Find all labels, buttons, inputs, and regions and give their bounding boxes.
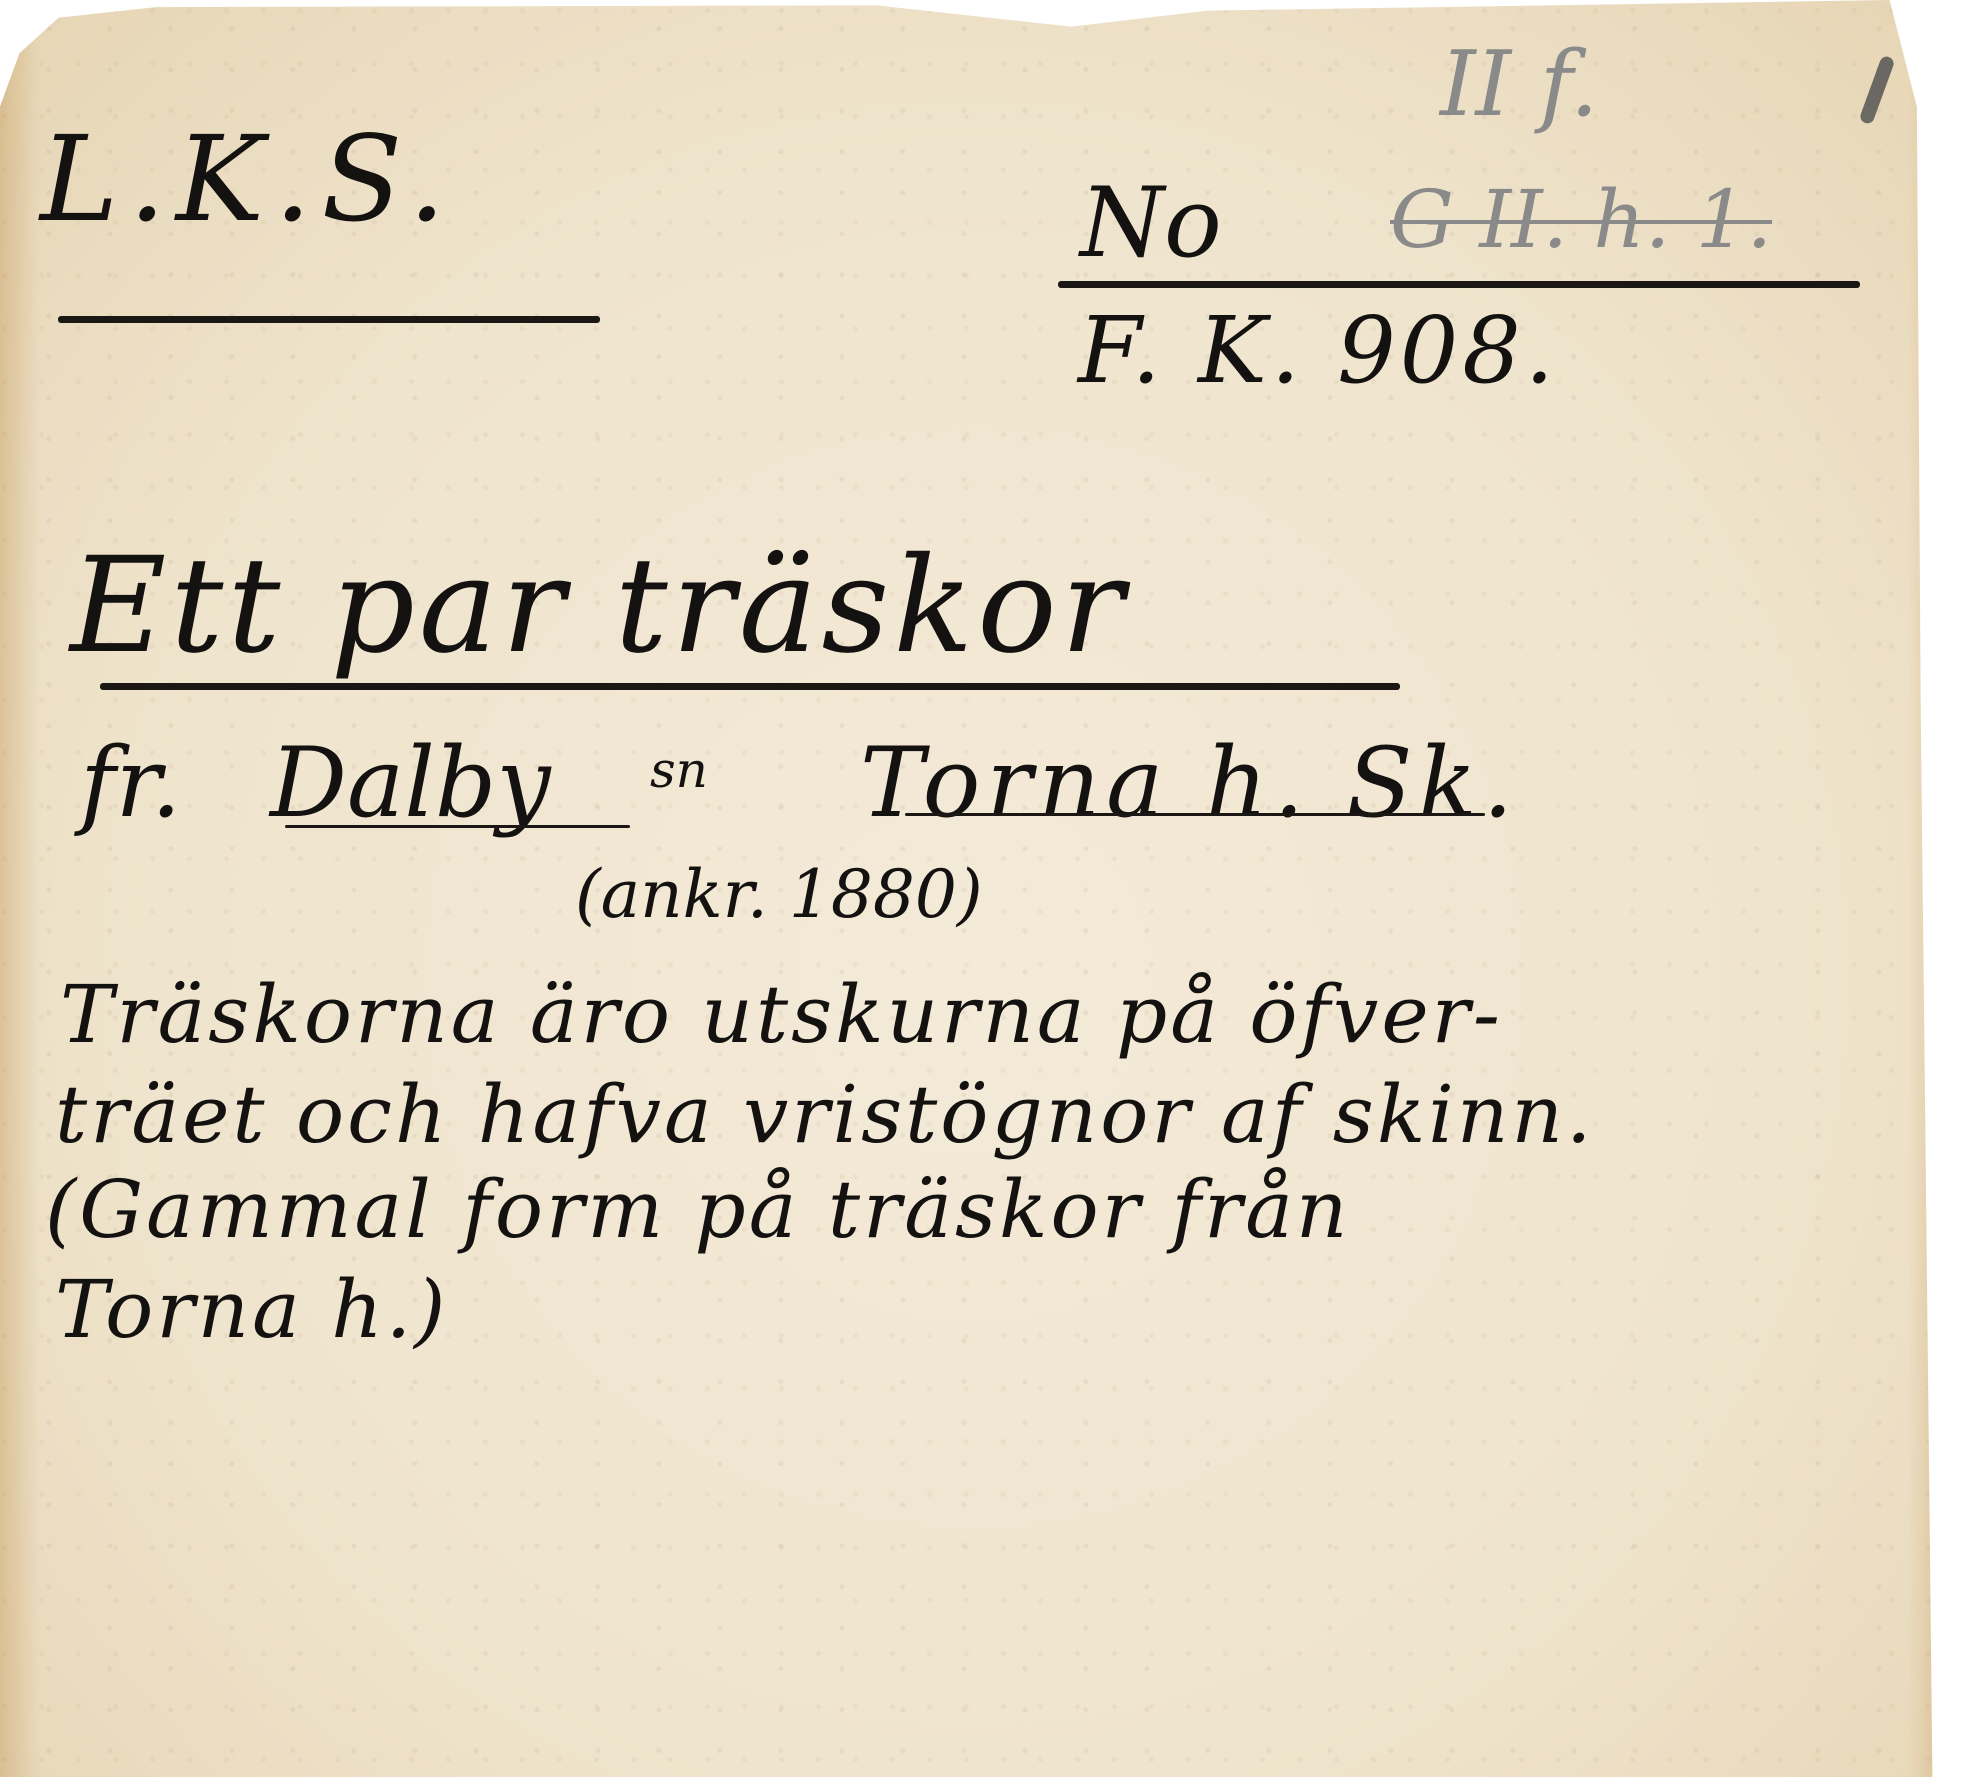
pencil-note: II f. (1440, 40, 1598, 130)
provenance-parish: Dalby (270, 735, 551, 831)
description-line-4: Torna h.) (55, 1270, 448, 1350)
collection-mark: L.K.S. (40, 120, 456, 238)
struck-old-number: G II. h. 1. (1390, 180, 1772, 260)
object-title: Ett par träskor (70, 540, 1128, 672)
number-divider-line (1058, 281, 1860, 288)
district-underline (905, 813, 1485, 816)
acquisition-note: (ankr. 1880) (575, 862, 983, 928)
description-line-2: träet och hafva vristögnor af skinn. (55, 1075, 1594, 1155)
right-edge-stain (1908, 0, 1948, 1777)
description-line-1: Träskorna äro utskurna på öfver- (60, 975, 1503, 1055)
collection-mark-underline (58, 316, 600, 323)
provenance-prefix: fr. (80, 735, 181, 831)
parish-underline (285, 825, 630, 828)
title-underline (100, 683, 1400, 690)
provenance-parish-suffix: sn (650, 745, 708, 795)
description-line-3: (Gammal form på träskor från (45, 1170, 1350, 1250)
number-prefix: No (1080, 175, 1222, 271)
provenance-district: Torna h. Sk. (860, 735, 1519, 831)
left-edge-stain (0, 0, 40, 1777)
catalog-number: F. K. 908. (1078, 305, 1558, 397)
